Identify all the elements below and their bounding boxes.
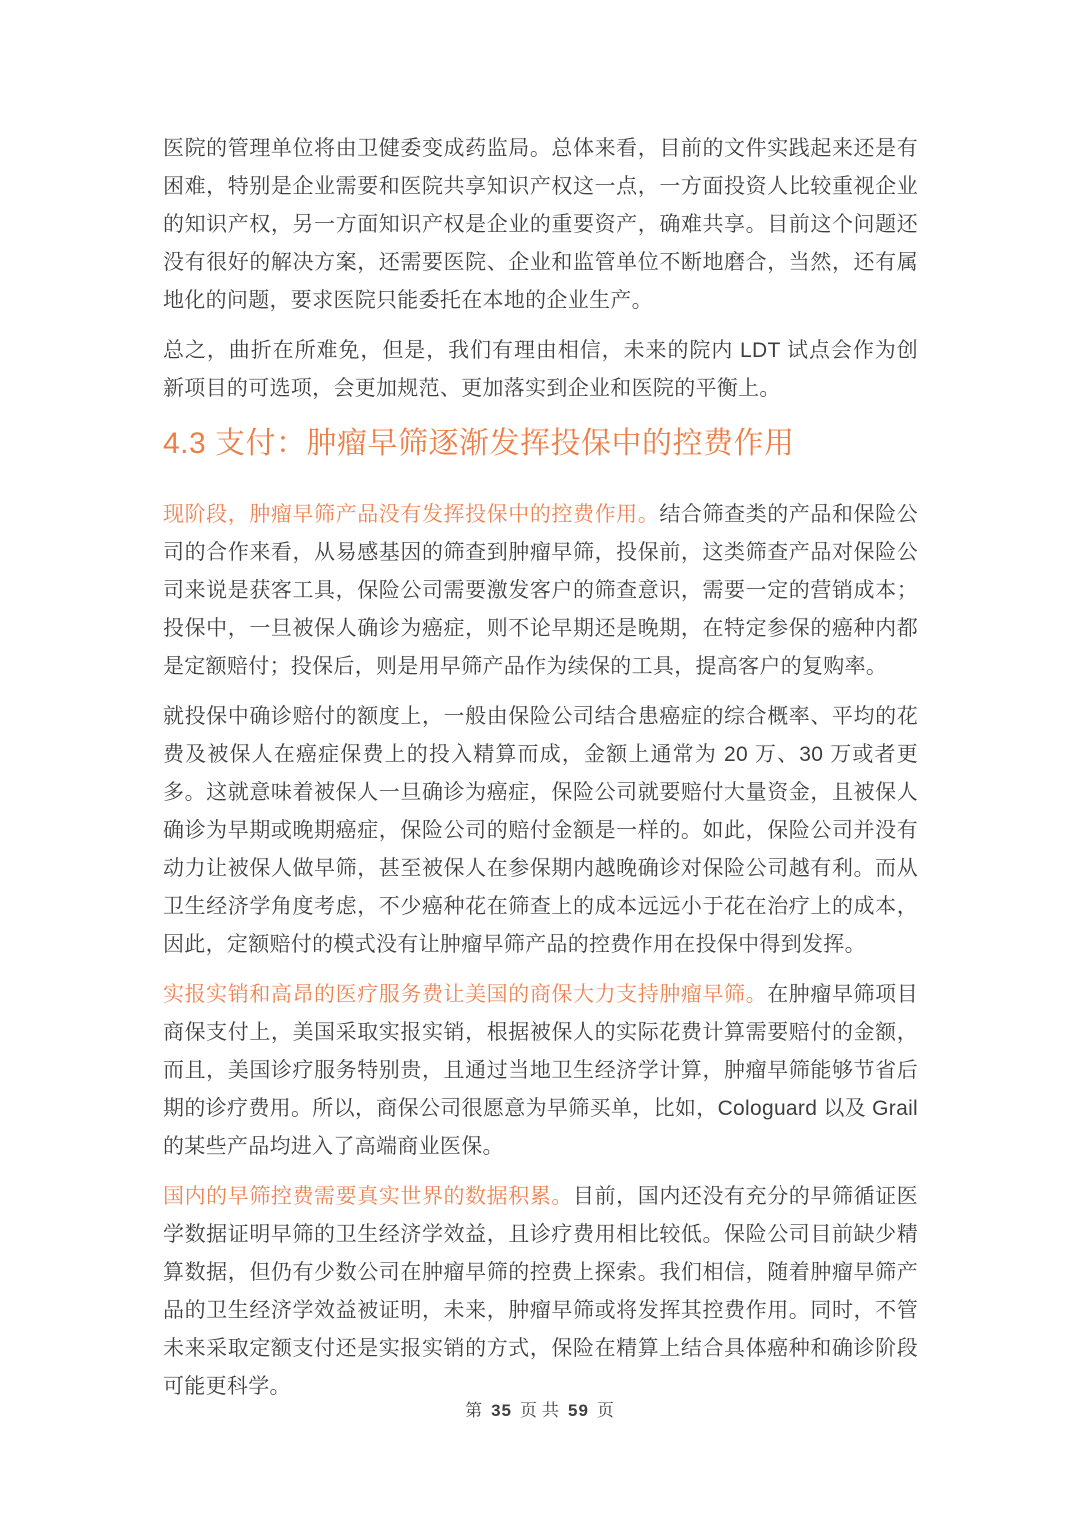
- paragraph-text: 结合筛查类的产品和保险公司的合作来看，从易感基因的筛查到肿瘤早筛，投保前，这类筛…: [163, 503, 918, 678]
- page-footer: 第35页共59页: [0, 1396, 1080, 1421]
- footer-label-ordinal: 第: [463, 1401, 485, 1420]
- paragraph-fixed-payout-analysis: 就投保中确诊赔付的额度上，一般由保险公司结合患癌症的综合概率、平均的花费及被保人…: [163, 698, 918, 964]
- paragraph-payment-current-status: 现阶段，肿瘤早筛产品没有发挥投保中的控费作用。结合筛查类的产品和保险公司的合作来…: [163, 496, 918, 686]
- total-pages: 59: [562, 1401, 595, 1420]
- page-content: 医院的管理单位将由卫健委变成药监局。总体来看，目前的文件实践起来还是有困难，特别…: [0, 0, 1080, 1406]
- footer-label-page: 页: [518, 1401, 540, 1420]
- paragraph-domestic-data-accumulation: 国内的早筛控费需要真实世界的数据积累。目前，国内还没有充分的早筛循证医学数据证明…: [163, 1178, 918, 1406]
- paragraph-ldt-practice-difficulties: 医院的管理单位将由卫健委变成药监局。总体来看，目前的文件实践起来还是有困难，特别…: [163, 130, 918, 320]
- lead-sentence: 现阶段，肿瘤早筛产品没有发挥投保中的控费作用。: [163, 503, 659, 526]
- paragraph-text: 总之，曲折在所难免，但是，我们有理由相信，未来的院内 LDT 试点会作为创新项目…: [163, 339, 918, 400]
- paragraph-us-commercial-insurance: 实报实销和高昂的医疗服务费让美国的商保大力支持肿瘤早筛。在肿瘤早筛项目商保支付上…: [163, 976, 918, 1166]
- footer-label-page2: 页: [595, 1401, 617, 1420]
- paragraph-text: 目前，国内还没有充分的早筛循证医学数据证明早筛的卫生经济学效益，且诊疗费用相比较…: [163, 1185, 918, 1398]
- page-number: 35: [485, 1401, 518, 1420]
- paragraph-text: 就投保中确诊赔付的额度上，一般由保险公司结合患癌症的综合概率、平均的花费及被保人…: [163, 705, 918, 956]
- footer-label-total: 共: [540, 1401, 562, 1420]
- paragraph-text: 在肿瘤早筛项目商保支付上，美国采取实报实销，根据被保人的实际花费计算需要赔付的金…: [163, 983, 918, 1158]
- section-heading-4-3: 4.3 支付：肿瘤早筛逐渐发挥投保中的控费作用: [163, 421, 918, 466]
- paragraph-ldt-outlook: 总之，曲折在所难免，但是，我们有理由相信，未来的院内 LDT 试点会作为创新项目…: [163, 332, 918, 408]
- document-page: 医院的管理单位将由卫健委变成药监局。总体来看，目前的文件实践起来还是有困难，特别…: [0, 0, 1080, 1527]
- lead-sentence: 国内的早筛控费需要真实世界的数据积累。: [163, 1185, 573, 1208]
- lead-sentence: 实报实销和高昂的医疗服务费让美国的商保大力支持肿瘤早筛。: [163, 983, 767, 1006]
- paragraph-text: 医院的管理单位将由卫健委变成药监局。总体来看，目前的文件实践起来还是有困难，特别…: [163, 137, 918, 312]
